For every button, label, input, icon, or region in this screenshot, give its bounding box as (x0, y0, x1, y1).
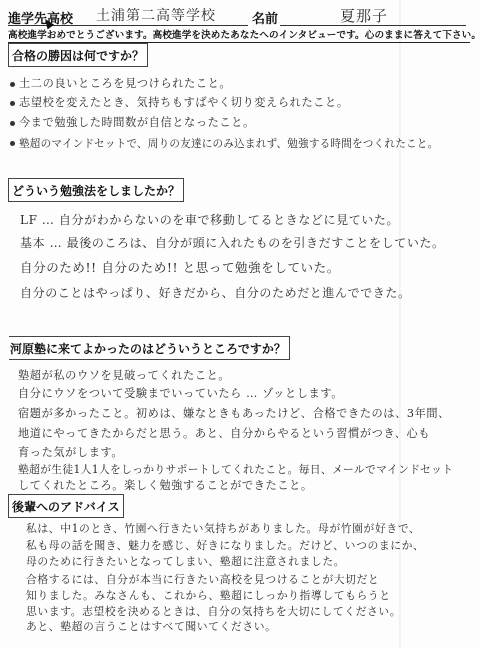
answer-line: 志望校を変えたとき、気持ちもすばやく切り変えられたこと。 (10, 97, 470, 108)
section-answer-study-method: LF … 自分がわからないのを車で移動してるときなどに見ていた。 基本 … 最後… (20, 214, 480, 299)
answer-line: 塾超が生徒1人1人をしっかりサポートしてくれたこと。毎日、メールでマインドセット (18, 465, 478, 476)
answer-line: 地道にやってきたからだと思う。あと、自分からやるという習慣がつき、心も (18, 428, 478, 439)
bullet-icon (10, 101, 15, 106)
bullet-icon (10, 121, 15, 126)
section-answer-reasons: 土二の良いところを見つけられたこと。 志望校を変えたとき、気持ちもすばやく切り変… (10, 78, 470, 149)
bullet-icon (10, 141, 15, 146)
answer-line: 宿題が多かったこと。初めは、嫌なときもあったけど、合格できたのは、3年間、 (18, 408, 478, 419)
name-value: 夏那子 (340, 5, 388, 26)
answer-line: あと、塾超の言うことはすべて聞いてください。 (26, 622, 480, 633)
answer-line: 私も母の話を聞き、魅力を感じ、好きになりました。だけど、いつのまにか、 (26, 541, 480, 552)
section-answer-good-points: 塾超が私のウソを見破ってくれたこと。 自分にウソをついて受験までいっていたら …… (18, 370, 478, 491)
section-title-reasons: 合格の勝因は何ですか？ (8, 43, 148, 67)
answer-line: 育った気がします。 (18, 447, 478, 458)
section-title-advice: 後輩へのアドバイス (8, 494, 124, 518)
header-row: 進学先高校 土浦第二高等学校 名前 夏那子 (8, 5, 468, 27)
school-value: 土浦第二高等学校 (96, 5, 216, 25)
answer-line: 塾超のマインドセットで、周りの友達にのみ込まれず、勉強する時間をつくれたこと。 (10, 139, 470, 150)
answer-line: してくれたところ。楽しく勉強することができたこと。 (18, 480, 478, 491)
intro-text: 高校進学おめでとうございます。高校進学を決めたあなたへのインタビューです。心のま… (8, 27, 470, 43)
answer-line: 思います。志望校を決めるときは、自分の気持ちを大切にしてください。 (26, 607, 480, 618)
answer-line: 自分のため!! 自分のため!! と思って勉強をしていた。 (20, 262, 480, 275)
answer-line: 母のために行きたいとなってしまい、塾超に注意されました。 (26, 557, 480, 568)
answer-line: 合格するには、自分が本当に行きたい高校を見つけることが大切だと (26, 575, 480, 586)
bullet-icon (10, 82, 15, 87)
answer-line: 自分にウソをついて受験までいっていたら … ゾッとします。 (18, 388, 478, 399)
section-title-good-points: 河原塾に来てよかったのはどういうところですか？ (9, 336, 290, 360)
answer-line: 塾超が私のウソを見破ってくれたこと。 (18, 370, 478, 381)
name-label: 名前 (252, 8, 278, 27)
section-answer-advice: 私は、中1のとき、竹園へ行きたい気持ちがありました。母が竹園が好きで、 私も母の… (26, 524, 480, 633)
answer-line: LF … 自分がわからないのを車で移動してるときなどに見ていた。 (20, 214, 480, 226)
interview-sheet: 進学先高校 土浦第二高等学校 名前 夏那子 高校進学おめでとうございます。高校進… (0, 0, 480, 648)
answer-line: 知りました。みなさんも、これから、塾超にしっかり指導してもらうと (26, 591, 480, 602)
answer-line: 土二の良いところを見つけられたこと。 (10, 78, 470, 89)
section-title-study-method: どういう勉強法をしましたか？ (8, 178, 184, 202)
answer-line: 基本 … 最後のころは、自分が頭に入れたものを引きだすことをしていた。 (20, 237, 480, 249)
answer-line: 私は、中1のとき、竹園へ行きたい気持ちがありました。母が竹園が好きで、 (26, 524, 480, 535)
answer-line: 自分のことはやっぱり、好きだから、自分のためだと進んでできた。 (20, 287, 480, 299)
answer-line: 今まで勉強した時間数が自信となったこと。 (10, 117, 470, 128)
